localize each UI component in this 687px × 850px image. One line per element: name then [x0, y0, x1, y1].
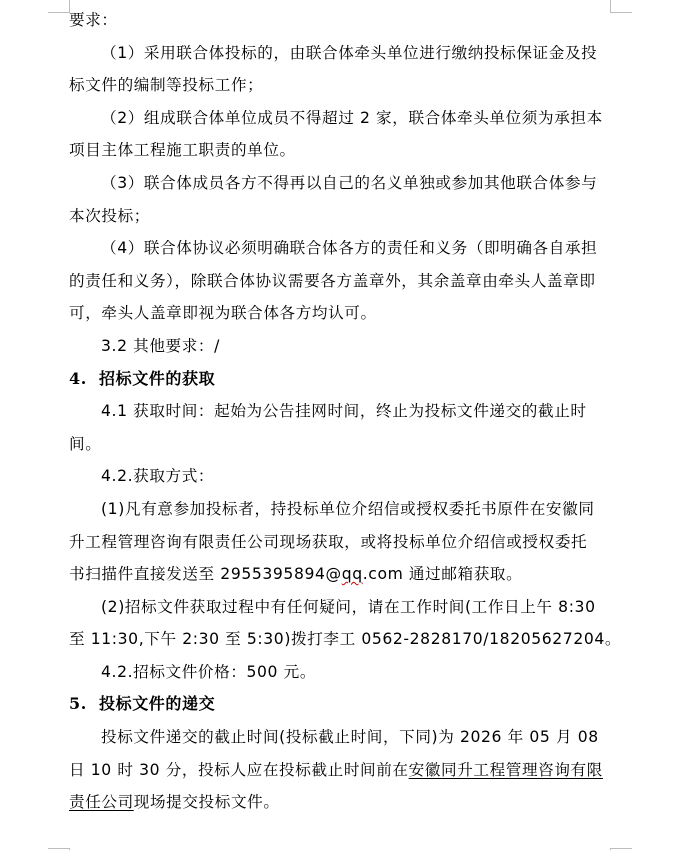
text-line: 3.2 其他要求：/: [69, 330, 615, 363]
text-line: 投标文件递交的截止时间(投标截止时间，下同)为 2026 年 05 月 08: [69, 721, 615, 754]
text-segment: 现场提交投标文件。: [134, 793, 280, 811]
crop-mark-bottom-right-h: [610, 848, 632, 849]
text-line: 至 11:30,下午 2:30 至 5:30)拨打李工 0562-2828170…: [69, 623, 615, 656]
text-line: （3）联合体成员各方不得再以自己的名义单独或参加其他联合体参与: [69, 167, 615, 200]
text-line: 本次投标；: [69, 200, 615, 233]
text-line: 的责任和义务），除联合体协议需要各方盖章外，其余盖章由牵头人盖章即: [69, 265, 615, 298]
text-line: (1)凡有意参加投标者，持投标单位介绍信或授权委托书原件在安徽同: [69, 493, 615, 526]
text-line: 4.2.招标文件价格：500 元。: [69, 656, 615, 689]
text-line: 4.2.获取方式：: [69, 460, 615, 493]
text-line: （4）联合体协议必须明确联合体各方的责任和义务（即明确各自承担: [69, 232, 615, 265]
text-segment: 日 10 时 30 分，投标人应在投标截止时间前在: [69, 761, 409, 779]
email-line: 书扫描件直接发送至 2955395894@qq.com 通过邮箱获取。: [69, 558, 615, 591]
section-heading-5: 5.投标文件的递交: [69, 688, 615, 721]
section-number: 5.: [69, 688, 99, 721]
crop-mark-bottom-left-h: [48, 848, 70, 849]
email-suffix: .com 通过邮箱获取。: [363, 565, 523, 583]
company-name-underlined: 安徽同升工程管理咨询有限: [409, 761, 603, 779]
email-prefix: 书扫描件直接发送至 2955395894@: [69, 565, 342, 583]
section-title: 投标文件的递交: [99, 694, 215, 713]
text-line: （1）采用联合体投标的，由联合体牵头单位进行缴纳投标保证金及投: [69, 37, 615, 70]
text-line: 责任公司现场提交投标文件。: [69, 786, 615, 819]
text-line: 项目主体工程施工职责的单位。: [69, 134, 615, 167]
text-line: 可，牵头人盖章即视为联合体各方均认可。: [69, 297, 615, 330]
text-line: 间。: [69, 428, 615, 461]
text-line: （2）组成联合体单位成员不得超过 2 家，联合体牵头单位须为承担本: [69, 102, 615, 135]
text-line: (2)招标文件获取过程中有任何疑问，请在工作时间(工作日上午 8:30: [69, 591, 615, 624]
text-line: 日 10 时 30 分，投标人应在投标截止时间前在安徽同升工程管理咨询有限: [69, 754, 615, 787]
crop-mark-top-left-h: [48, 12, 70, 13]
spellcheck-flagged-text[interactable]: qq: [342, 565, 363, 583]
text-line: 要求：: [69, 4, 615, 37]
text-line: 4.1 获取时间：起始为公告挂网时间，终止为投标文件递交的截止时: [69, 395, 615, 428]
document-page-body: 要求： （1）采用联合体投标的，由联合体牵头单位进行缴纳投标保证金及投 标文件的…: [69, 4, 615, 819]
section-title: 招标文件的获取: [99, 369, 215, 388]
text-line: 标文件的编制等投标工作；: [69, 69, 615, 102]
text-line: 升工程管理咨询有限责任公司现场获取，或将投标单位介绍信或授权委托: [69, 526, 615, 559]
section-number: 4.: [69, 363, 99, 396]
section-heading-4: 4.招标文件的获取: [69, 363, 615, 396]
company-name-underlined: 责任公司: [69, 793, 134, 811]
